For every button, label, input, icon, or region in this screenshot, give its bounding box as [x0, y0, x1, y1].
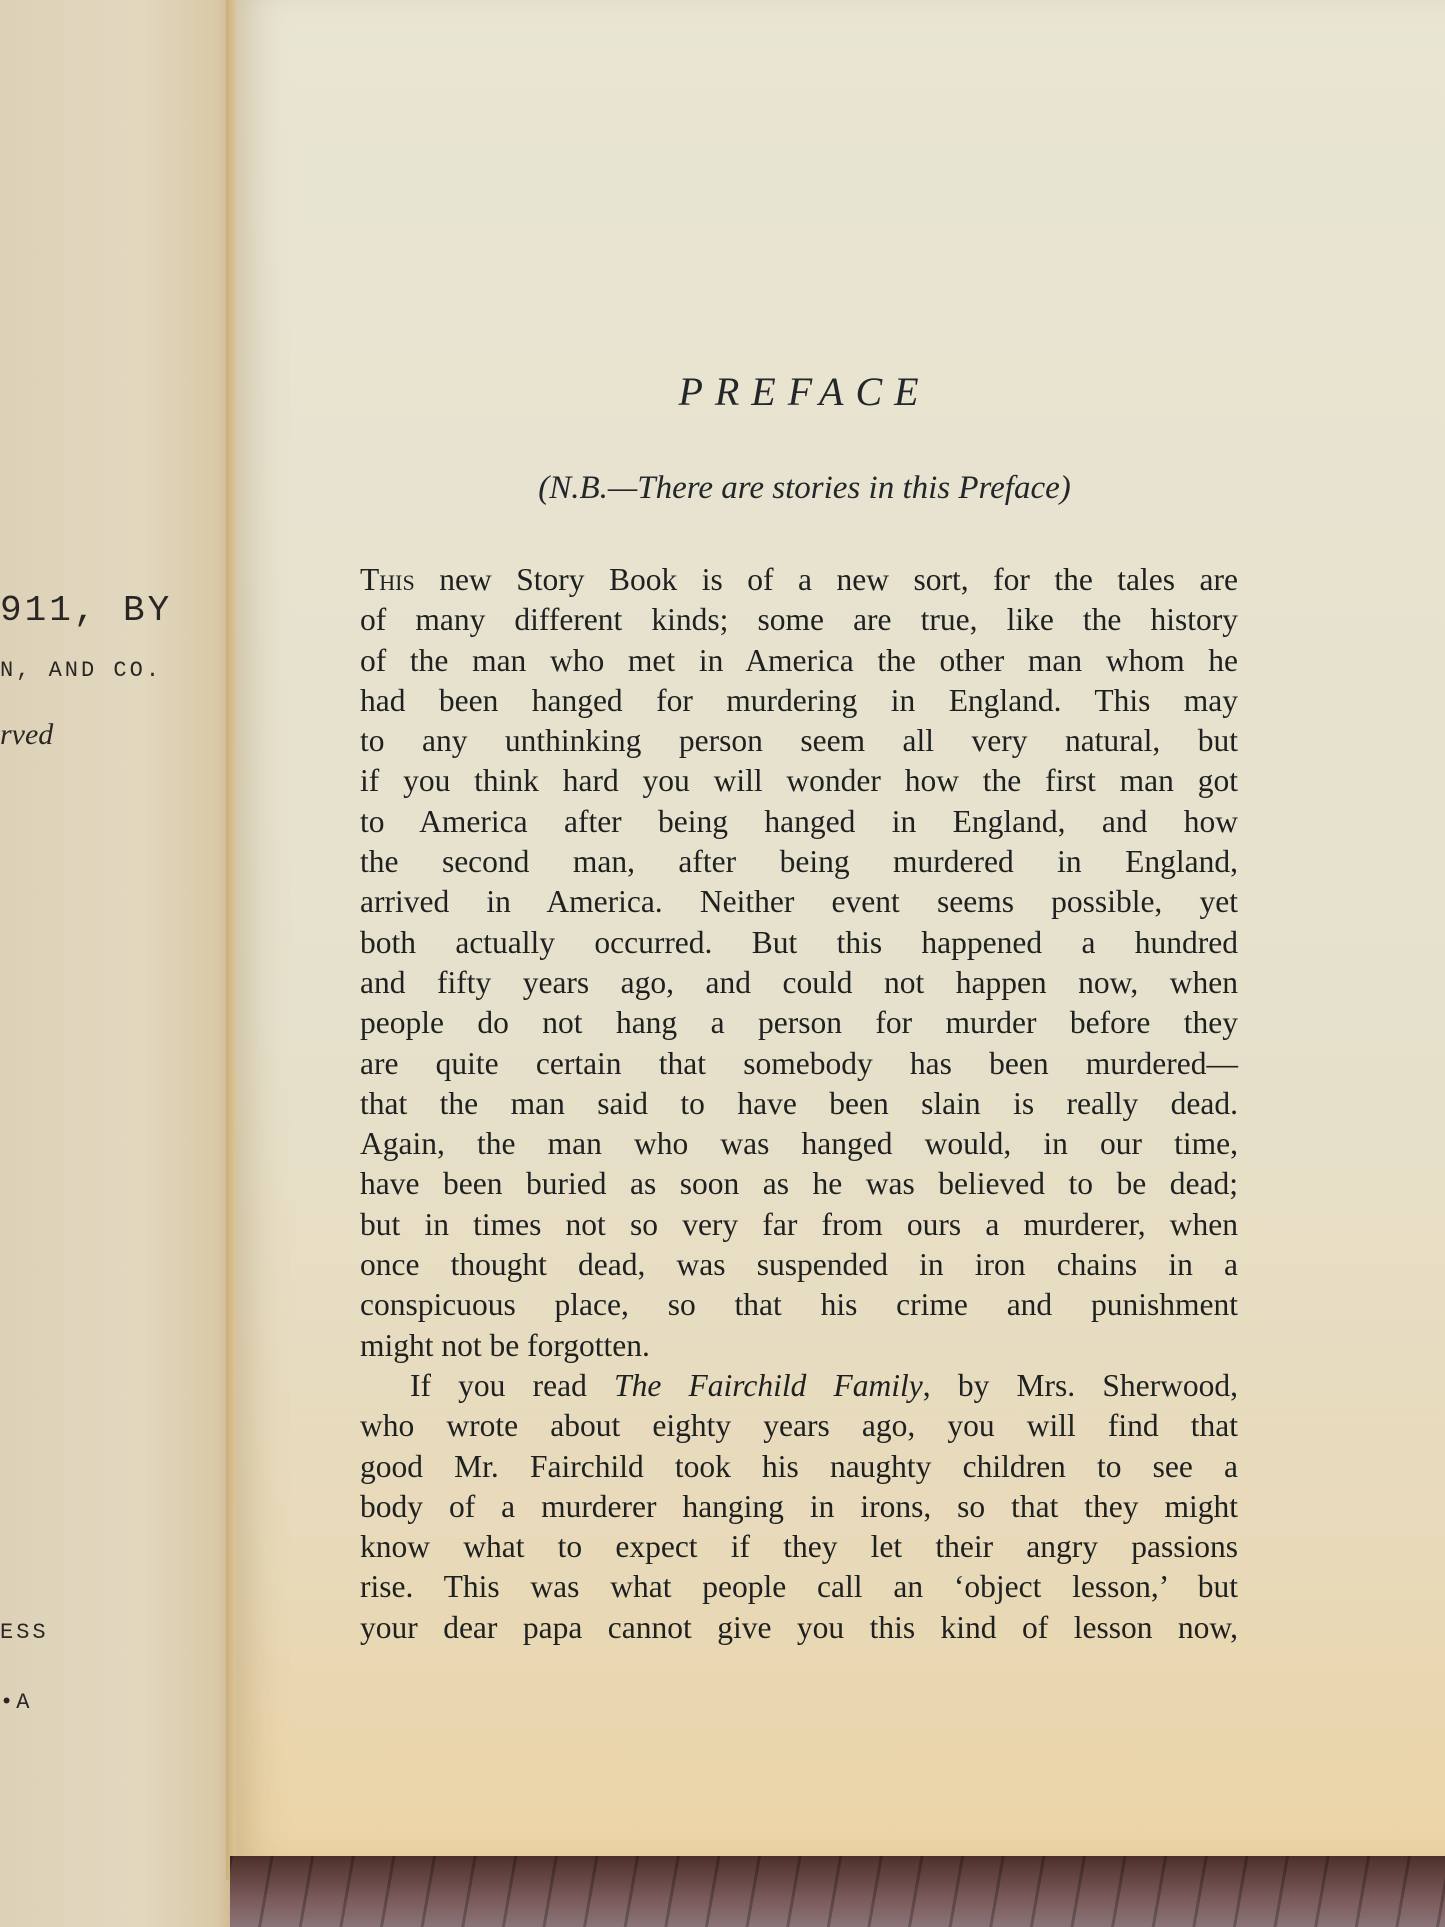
lead-smallcaps: This: [360, 562, 415, 597]
paragraph-1-line: the second man, after being murdered in …: [360, 842, 1238, 882]
paragraph-1-line: Again, the man who was hanged would, in …: [360, 1124, 1238, 1164]
paragraph-1-line: once thought dead, was suspended in iron…: [360, 1245, 1238, 1285]
paragraph-2-line: good Mr. Fairchild took his naughty chil…: [360, 1447, 1238, 1487]
copyright-fragment-year: 911, BY: [0, 590, 172, 631]
paragraph-2-line: body of a murderer hanging in irons, so …: [360, 1487, 1238, 1527]
paragraph-1-line: conspicuous place, so that his crime and…: [360, 1285, 1238, 1325]
preface-body: This new Story Book is of a new sort, fo…: [360, 560, 1238, 1648]
page-subtitle: (N.B.—There are stories in this Preface): [0, 470, 1445, 507]
left-page: 911, BY N, AND CO. rved ESS •A: [0, 0, 236, 1927]
paragraph-1-line: of many different kinds; some are true, …: [360, 600, 1238, 640]
paragraph-1-line: to America after being hanged in England…: [360, 802, 1238, 842]
paragraph-1-line: to any unthinking person seem all very n…: [360, 721, 1238, 761]
paragraph-1-line: that the man said to have been slain is …: [360, 1084, 1238, 1124]
paragraph-1-line: and fifty years ago, and could not happe…: [360, 963, 1238, 1003]
page-title: PREFACE: [0, 368, 1445, 415]
imprint-fragment-country: •A: [0, 1690, 32, 1715]
paragraph-2-line: rise. This was what people call an ‘obje…: [360, 1567, 1238, 1607]
paragraph-1-line: might not be forgotten.: [360, 1326, 1238, 1366]
paragraph-1-line: had been hanged for murdering in England…: [360, 681, 1238, 721]
paragraph-1-line: of the man who met in America the other …: [360, 641, 1238, 681]
paragraph-2-line: your dear papa cannot give you this kind…: [360, 1608, 1238, 1648]
paragraph-2-line: If you read The Fairchild Family, by Mrs…: [360, 1366, 1238, 1406]
paragraph-1-line: if you think hard you will wonder how th…: [360, 761, 1238, 801]
copyright-fragment-publisher: N, AND CO.: [0, 658, 162, 683]
paragraph-1-line: arrived in America. Neither event seems …: [360, 882, 1238, 922]
paragraph-2-line: who wrote about eighty years ago, you wi…: [360, 1406, 1238, 1446]
paragraph-2-line: know what to expect if they let their an…: [360, 1527, 1238, 1567]
paragraph-1-line: both actually occurred. But this happene…: [360, 923, 1238, 963]
paragraph-1-line: but in times not so very far from ours a…: [360, 1205, 1238, 1245]
copyright-fragment-reserved: rved: [0, 718, 53, 752]
paragraph-1-line: are quite certain that somebody has been…: [360, 1044, 1238, 1084]
paragraph-1-line: This new Story Book is of a new sort, fo…: [360, 560, 1238, 600]
book-title-reference: The Fairchild Family: [614, 1368, 923, 1403]
paragraph-1-line: people do not hang a person for murder b…: [360, 1003, 1238, 1043]
book-cover-edge: [230, 1856, 1445, 1927]
imprint-fragment-press: ESS: [0, 1620, 49, 1645]
paragraph-1-line: have been buried as soon as he was belie…: [360, 1164, 1238, 1204]
